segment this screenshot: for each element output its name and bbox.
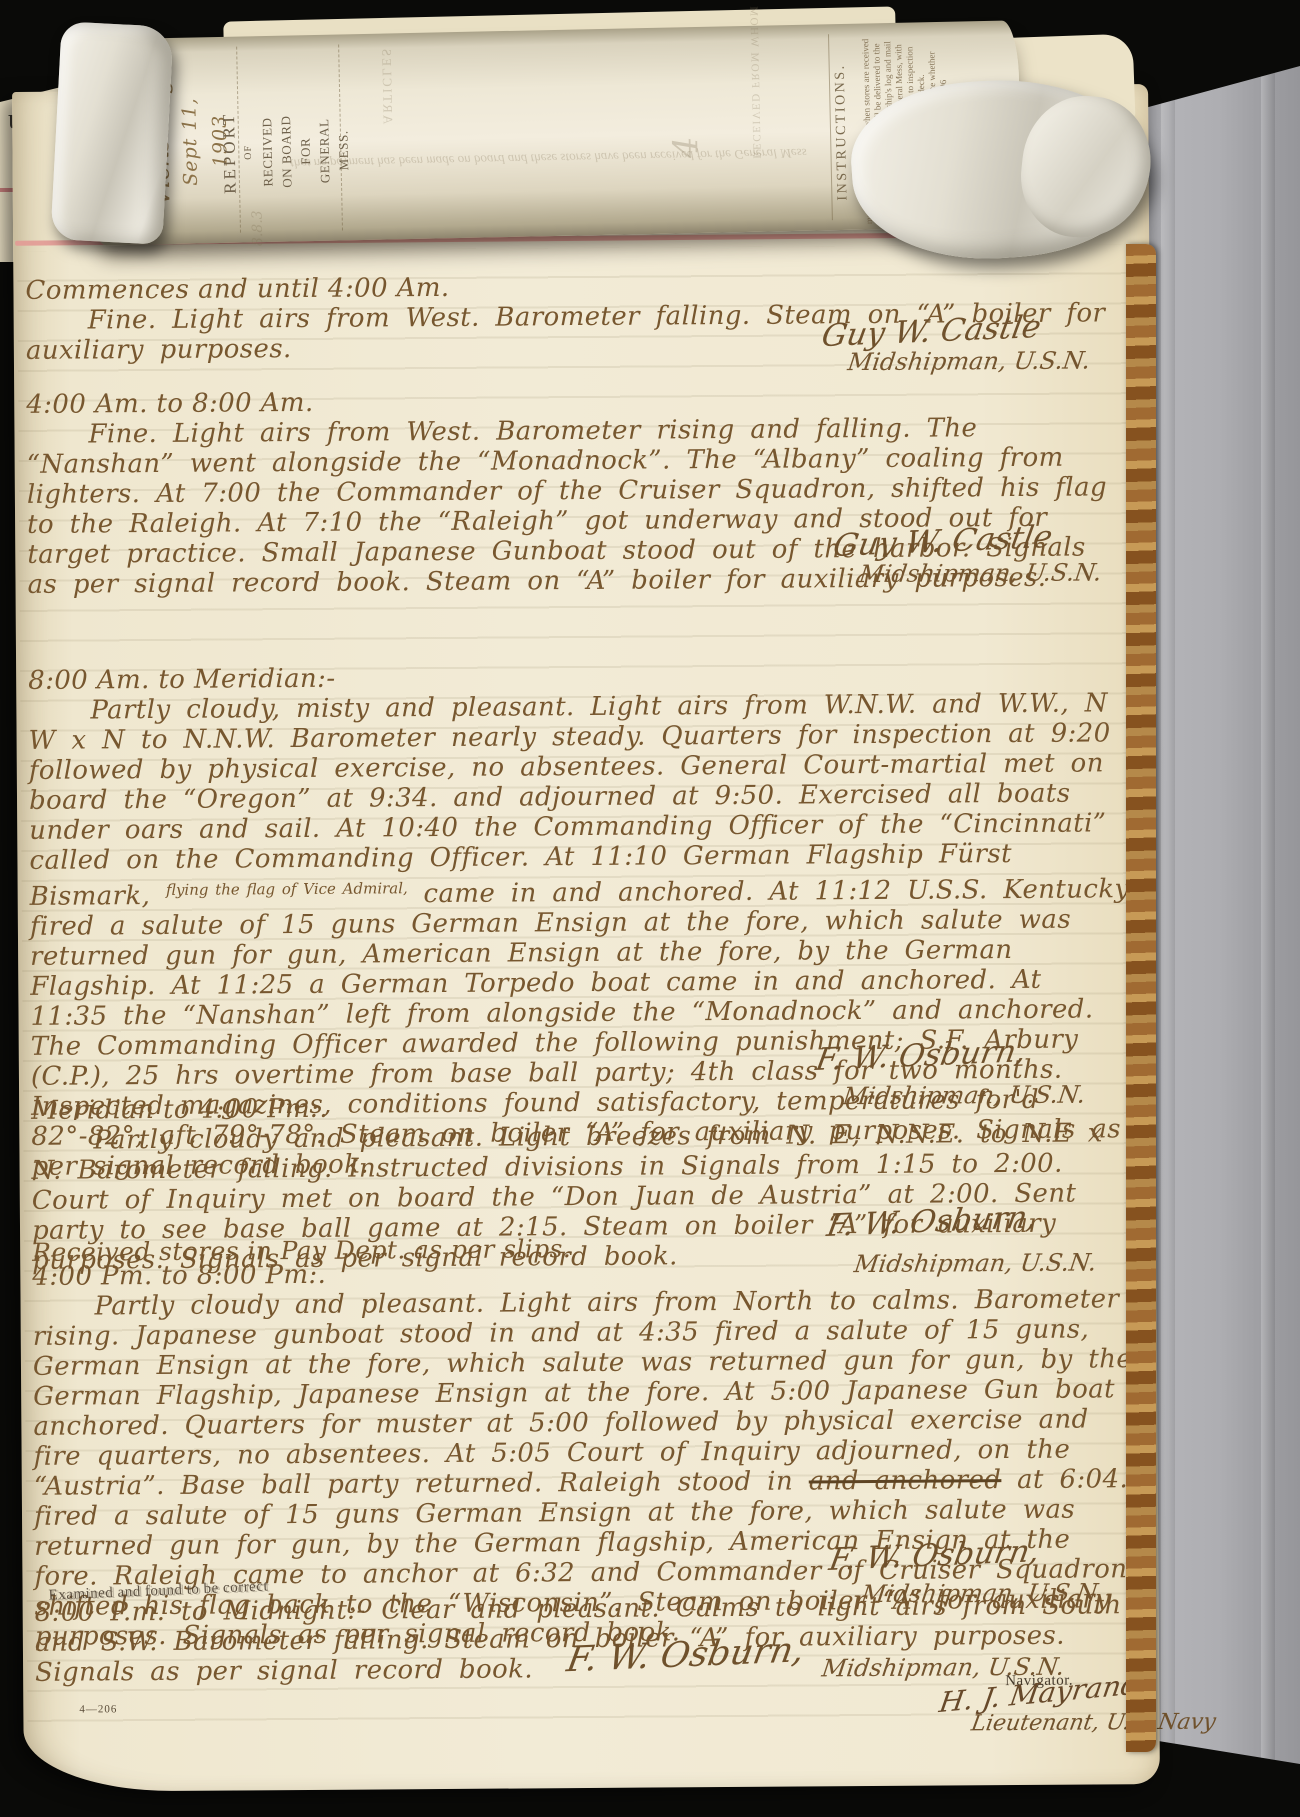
- ghost-received-text: RECEIVED FROM WHOM: [747, 5, 762, 159]
- ghost-scrawl-mark: 8.8.3: [250, 210, 267, 246]
- ghost-bleedthrough-line: that no payment has been made on board a…: [290, 145, 807, 172]
- form-title-line: GENERAL MESS.: [314, 109, 354, 192]
- instructions-heading: INSTRUCTIONS.: [833, 63, 852, 200]
- form-title-line: REPORT: [219, 112, 240, 195]
- form-title: REPORT OF RECEIVED ON BOARD FOR GENERAL …: [219, 109, 354, 194]
- struck-text: and anchored: [809, 1465, 1002, 1496]
- navigator-title: Lieutenant, U.S. Navy: [969, 1710, 1217, 1737]
- backdrop-fold: [1161, 66, 1175, 1764]
- logbook-page: Commences and until 4:00 Am. Fine. Light…: [12, 84, 1160, 1792]
- backdrop-fold: [1261, 66, 1275, 1764]
- ghost-scrawl-mark: 4: [666, 136, 706, 158]
- page-gilt-edge: [1126, 244, 1156, 1752]
- gray-backdrop-cloth: [1143, 66, 1300, 1764]
- form-title-line: RECEIVED ON BOARD FOR: [257, 110, 316, 193]
- form-title-line: OF: [238, 111, 259, 194]
- signature-title: Midshipman, U.S.N.: [846, 346, 1092, 376]
- signature-title: Midshipman, U.S.N.: [857, 558, 1103, 588]
- interline-note: flying the flag of Vice Admiral,: [166, 879, 408, 899]
- cloth-weight-left: [50, 21, 173, 245]
- ghost-articles-text: ARTICLES: [378, 47, 396, 125]
- form-column-rule: [828, 34, 833, 220]
- entry-heading: 8:00 P.m. to Midnight:-: [35, 1596, 366, 1628]
- form-number: 4—206: [79, 1703, 117, 1715]
- photo-scene: under th Commences and until 4:00 Am. Fi…: [0, 0, 1300, 1817]
